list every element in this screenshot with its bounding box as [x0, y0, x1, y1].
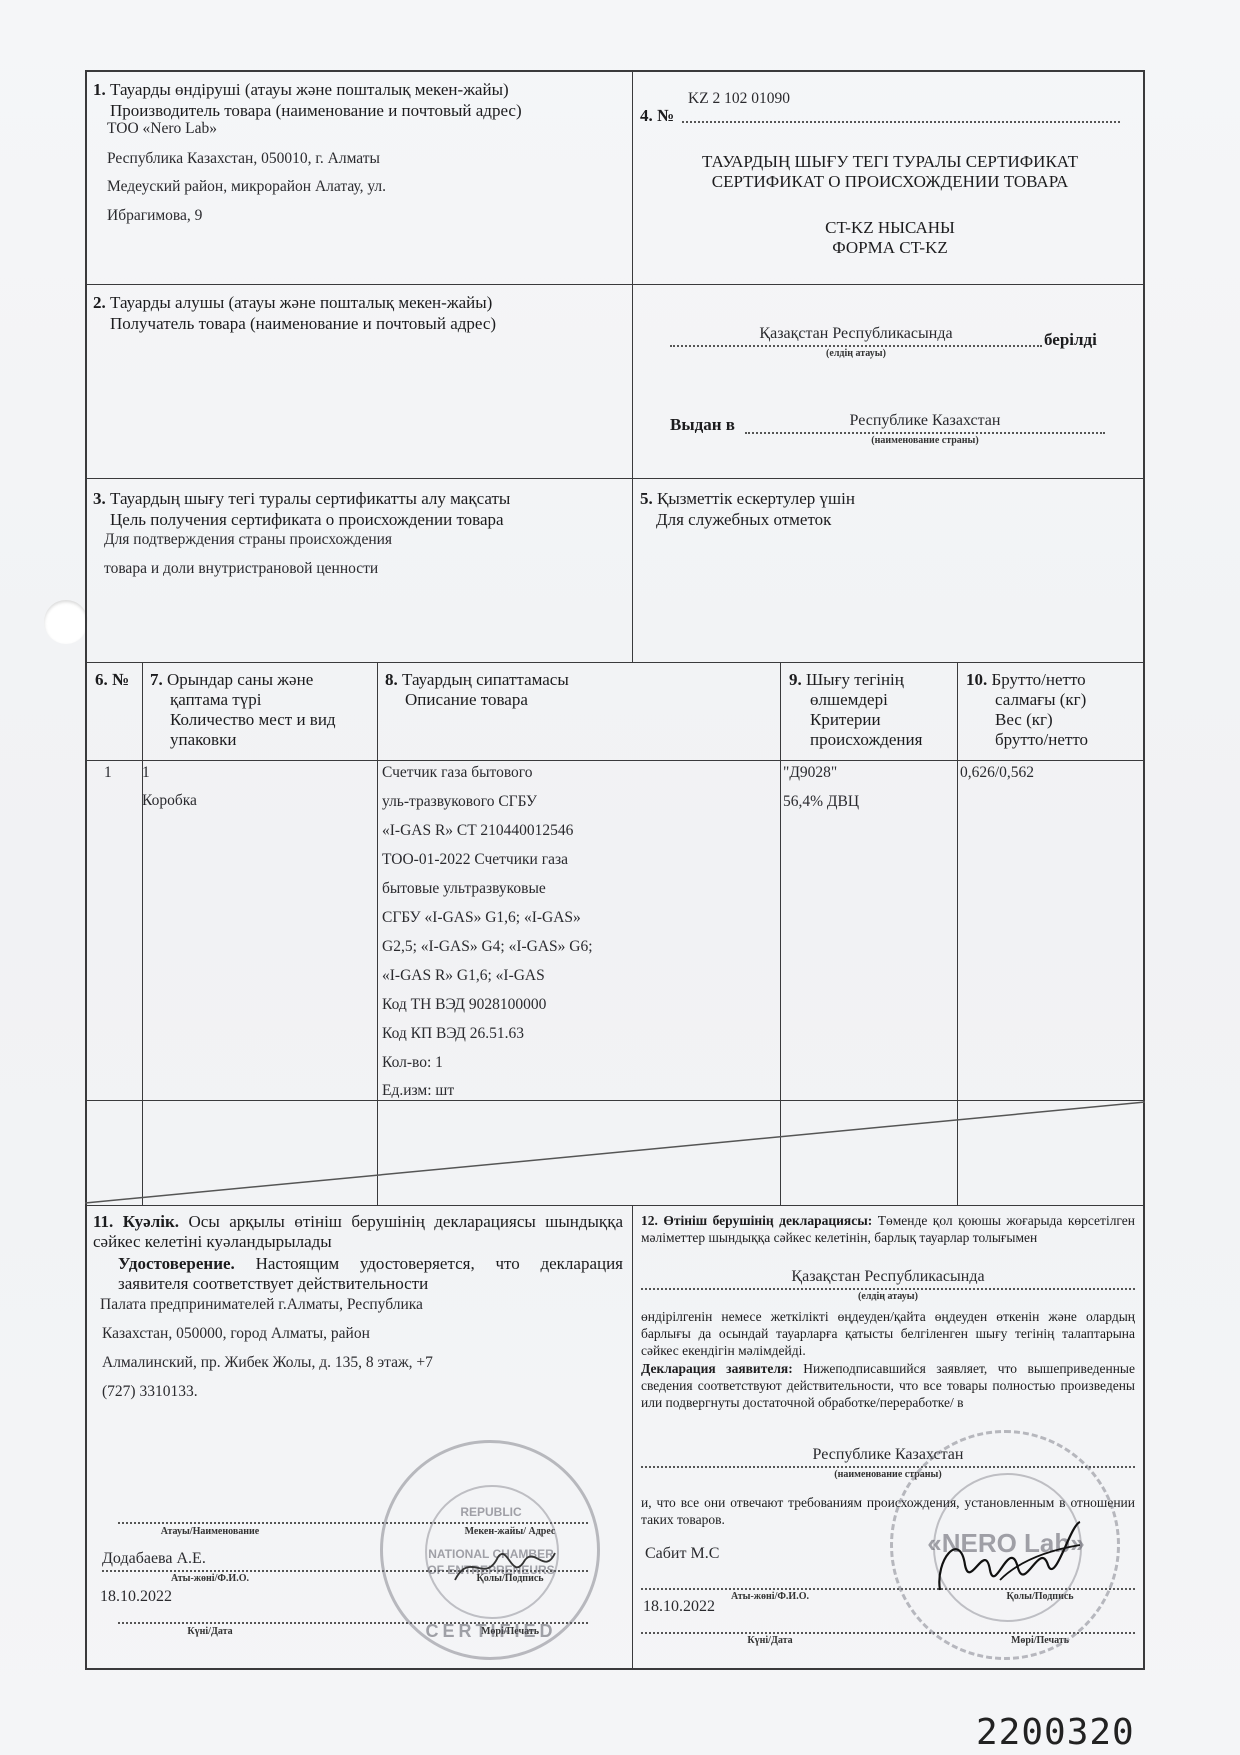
box11-caption-name: Атауы/Наименование: [130, 1526, 290, 1537]
col10-label-line1: Брутто/нетто: [992, 670, 1086, 689]
row-criteria-code: "Д9028": [783, 764, 837, 782]
number-dotted-line: [682, 121, 1120, 123]
producer-name: ТОО «Nero Lab»: [107, 120, 217, 138]
issued-suffix-kz: берілді: [1044, 330, 1097, 350]
certificate-number: KZ 2 102 01090: [688, 90, 790, 108]
col8-label-line2: Описание товара: [405, 690, 528, 710]
stamp-text: REPUBLIC: [383, 1505, 599, 1519]
box5-label-ru: Для служебных отметок: [656, 510, 831, 530]
form-type-kz: CT-KZ НЫСАНЫ: [640, 218, 1140, 238]
col7-label-line2: қаптама түрі: [170, 690, 261, 710]
box11-date: 18.10.2022: [100, 1588, 172, 1606]
col-header-7: 7. Орындар саны және: [150, 670, 313, 690]
box12-declaration-ru: Декларация заявителя: Нижеподписавшийся …: [641, 1360, 1135, 1411]
box11-caption-date: Күні/Дата: [130, 1626, 290, 1637]
issued-caption-ru: (наименование страны): [745, 435, 1105, 446]
row-description-line: ТОО-01-2022 Счетчики газа: [382, 851, 568, 869]
chamber-address-line1: Палата предпринимателей г.Алматы, Респуб…: [100, 1296, 423, 1314]
col7-label-line4: упаковки: [170, 730, 236, 750]
box2-label-kz-text: Тауарды алушы (атауы және пошталық мекен…: [110, 293, 492, 312]
col-header-10: 10. Брутто/нетто: [966, 670, 1086, 690]
divider-table-bottom: [85, 1205, 1145, 1206]
form-title-kz: ТАУАРДЫҢ ШЫҒУ ТЕГІ ТУРАЛЫ СЕРТИФИКАТ: [640, 152, 1140, 172]
col8-label-line1: Тауардың сипаттамасы: [402, 670, 569, 689]
row-number: 1: [104, 764, 112, 782]
box4-label: 4. №: [640, 106, 674, 126]
divider-row1: [85, 284, 1145, 285]
box11-number: 11.: [93, 1212, 113, 1231]
divider-bottom-vertical: [632, 1205, 633, 1670]
box12-title-ru: Декларация заявителя:: [641, 1361, 793, 1376]
box12-caption-kz: (елдің атауы): [641, 1291, 1135, 1302]
col6-number: 6.: [95, 670, 108, 689]
applicant-signature: [930, 1520, 1090, 1600]
divider-table-header: [85, 760, 1145, 761]
issued-prefix-ru: Выдан в: [670, 415, 735, 435]
row-weight: 0,626/0,562: [960, 764, 1034, 782]
box3-label-kz-text: Тауардың шығу тегі туралы сертификатты а…: [110, 489, 510, 508]
box11-caption-fio: Аты-жөні/Ф.И.О.: [130, 1573, 290, 1584]
divider-row2: [85, 478, 1145, 479]
col7-number: 7.: [150, 670, 163, 689]
stamp-text: CERTIFIED: [383, 1621, 599, 1642]
box2-number: 2.: [93, 293, 106, 312]
row-description-line: бытовые ультразвуковые: [382, 880, 546, 898]
col10-label-line3: Вес (кг): [995, 710, 1053, 730]
producer-address-line1: Республика Казахстан, 050010, г. Алматы: [107, 150, 380, 168]
row-description-line: «I-GAS R» G1,6; «I-GAS: [382, 967, 545, 985]
chamber-address-line2: Казахстан, 050000, город Алматы, район: [102, 1325, 370, 1343]
col7-label-line3: Количество мест и вид: [170, 710, 336, 730]
producer-address-line3: Ибрагимова, 9: [107, 207, 202, 225]
col-header-6: 6. №: [95, 670, 129, 690]
row-packages-qty: 1: [142, 764, 150, 782]
box5-number: 5.: [640, 489, 653, 508]
box1-label-kz-text: Тауарды өндіруші (атауы және пошталық ме…: [110, 80, 509, 99]
box12-signer-name: Сабит М.С: [645, 1545, 719, 1563]
issued-country-ru: Республике Казахстан: [745, 412, 1105, 430]
issued-kz-dotted-line: [670, 345, 1042, 347]
issued-caption-kz: (елдің атауы): [670, 348, 1042, 359]
box12-declaration-kz: 12. Өтініш берушінің декларациясы: Төмен…: [641, 1212, 1135, 1246]
col9-label-line3: Критерии: [810, 710, 881, 730]
col-header-8: 8. Тауардың сипаттамасы: [385, 670, 569, 690]
form-type-ru: ФОРМА CT-KZ: [640, 238, 1140, 258]
row-description-line: G2,5; «I-GAS» G4; «I-GAS» G6;: [382, 938, 593, 956]
row-criteria-share: 56,4% ДВЦ: [783, 793, 859, 811]
divider-row3: [85, 662, 1145, 663]
box11-title-kz: Куәлік.: [123, 1212, 179, 1231]
row-packages-type: Коробка: [142, 792, 197, 810]
box2-label-kz: 2. Тауарды алушы (атауы және пошталық ме…: [93, 293, 492, 313]
box11-certification-kz: 11. Куәлік. Осы арқылы өтініш берушінің …: [93, 1212, 623, 1252]
row-description-line: Кол-во: 1: [382, 1054, 443, 1072]
chamber-signature: [450, 1545, 560, 1590]
punch-hole: [44, 600, 88, 644]
certificate-page: 1. Тауарды өндіруші (атауы және пошталық…: [0, 0, 1240, 1755]
col9-label-line1: Шығу тегінің: [806, 670, 904, 689]
purpose-line2: товара и доли внутристрановой ценности: [104, 560, 378, 578]
chamber-address-line4: (727) 3310133.: [102, 1383, 198, 1401]
col10-number: 10.: [966, 670, 987, 689]
box3-label-kz: 3. Тауардың шығу тегі туралы сертификатт…: [93, 489, 510, 509]
document-serial-number: 2200320: [976, 1712, 1135, 1753]
box12-country-kz: Қазақстан Республикасында: [641, 1268, 1135, 1286]
box1-label-ru: Производитель товара (наименование и поч…: [110, 101, 522, 121]
box5-label-kz: 5. Қызметтік ескертулер үшін: [640, 489, 855, 509]
col10-label-line2: салмағы (кг): [995, 690, 1086, 710]
box1-number: 1.: [93, 80, 106, 99]
box11-signer-name: Додабаева А.Е.: [102, 1550, 206, 1568]
issued-ru-dotted-line: [745, 432, 1105, 434]
cancel-diagonal-line: [85, 1100, 1145, 1205]
col9-number: 9.: [789, 670, 802, 689]
col7-label-line1: Орындар саны және: [167, 670, 313, 689]
row-description-line: Код КП ВЭД 26.51.63: [382, 1025, 524, 1043]
divider-top-vertical: [632, 70, 633, 662]
row-description-line: уль-тразвукового СГБУ: [382, 793, 537, 811]
box3-number: 3.: [93, 489, 106, 508]
row-description-line: Счетчик газа бытового: [382, 764, 533, 782]
box12-title-kz: 12. Өтініш берушінің декларациясы:: [641, 1213, 872, 1228]
row-description-line: СГБУ «I-GAS» G1,6; «I-GAS»: [382, 909, 581, 927]
col10-label-line4: брутто/нетто: [995, 730, 1088, 750]
box1-label-kz: 1. Тауарды өндіруші (атауы және пошталық…: [93, 80, 509, 100]
row-description-line: Код ТН ВЭД 9028100000: [382, 996, 546, 1014]
purpose-line1: Для подтверждения страны происхождения: [104, 531, 392, 549]
box12-country-kz-dotted-line: [641, 1288, 1135, 1290]
box11-title-ru: Удостоверение.: [118, 1254, 235, 1273]
box12-date: 18.10.2022: [643, 1598, 715, 1616]
box2-label-ru: Получатель товара (наименование и почтов…: [110, 314, 496, 334]
box3-label-ru: Цель получения сертификата о происхожден…: [110, 510, 504, 530]
col-header-9: 9. Шығу тегінің: [789, 670, 904, 690]
box5-label-kz-text: Қызметтік ескертулер үшін: [657, 489, 855, 508]
issued-country-kz: Қазақстан Республикасында: [670, 325, 1042, 343]
box12-caption-date: Күні/Дата: [690, 1635, 850, 1646]
box11-certification-ru: Удостоверение. Настоящим удостоверяется,…: [118, 1254, 623, 1294]
box12-text-kz-2: өндірілгенін немесе жеткілікті өңдеуден/…: [641, 1308, 1135, 1359]
col6-label: №: [112, 670, 129, 689]
producer-address-line2: Медеуский район, микрорайон Алатау, ул.: [107, 178, 386, 196]
row-description-line: Ед.изм: шт: [382, 1082, 454, 1100]
form-title-ru: СЕРТИФИКАТ О ПРОИСХОЖДЕНИИ ТОВАРА: [640, 172, 1140, 192]
col8-number: 8.: [385, 670, 398, 689]
row-description-line: «I-GAS R» CT 210440012546: [382, 822, 573, 840]
col9-label-line2: өлшемдері: [810, 690, 888, 710]
chamber-address-line3: Алмалинский, пр. Жибек Жолы, д. 135, 8 э…: [102, 1354, 433, 1372]
col9-label-line4: происхождения: [810, 730, 922, 750]
